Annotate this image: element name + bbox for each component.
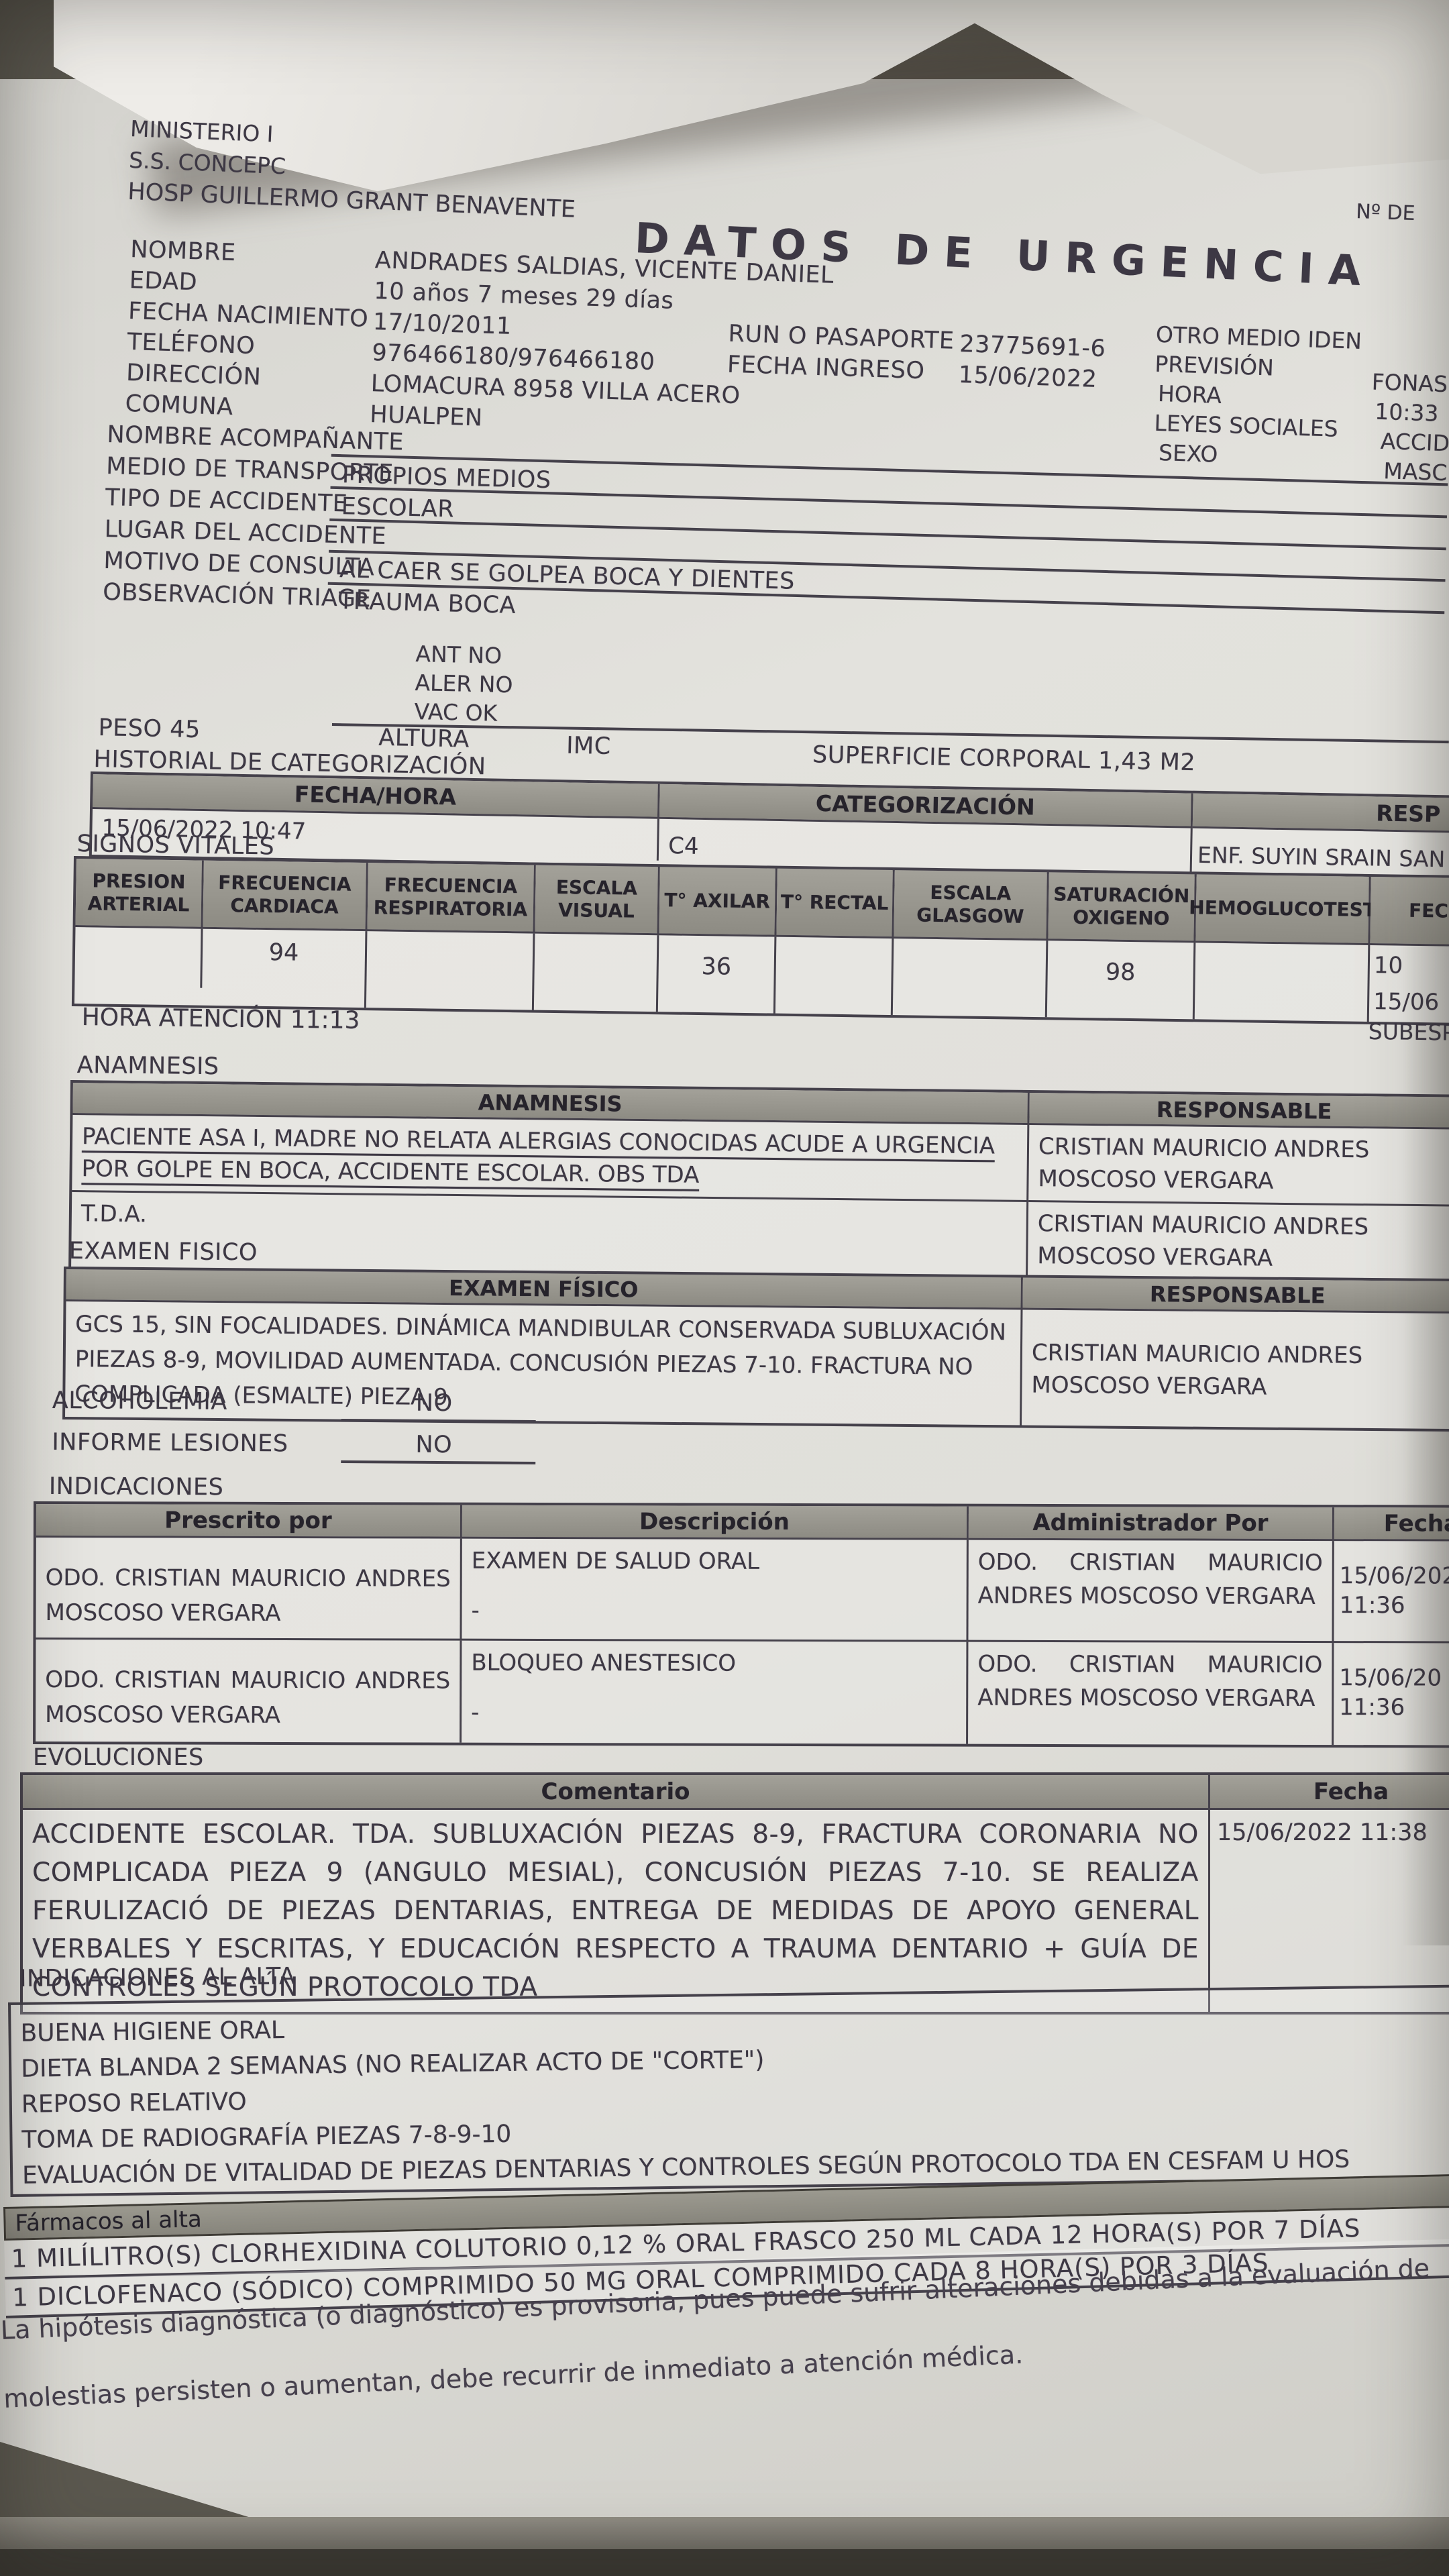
examen-fisico-table: EXAMEN FÍSICO RESPONSABLE GCS 15, SIN FO… bbox=[62, 1267, 1449, 1432]
col-header-comentario: Comentario bbox=[23, 1775, 1210, 1810]
col-header-fecha-hora: FEC HO bbox=[1370, 877, 1449, 947]
anamnesis-responsable: CRISTIAN MAURICIO ANDRES MOSCOSO VERGARA bbox=[1028, 1125, 1449, 1207]
field-value-edad: 10 años 7 meses 29 días bbox=[374, 278, 674, 315]
antecedents-block: ANT NO ALER NO VAC OK bbox=[414, 641, 514, 727]
col-header-presion-arterial: PRESION ARTERIAL bbox=[76, 859, 204, 929]
field-line bbox=[332, 723, 1449, 743]
cell-hemoglucotest bbox=[1195, 943, 1371, 1022]
col-header-frecuencia-cardiaca: FRECUENCIA CARDIACA bbox=[203, 861, 368, 931]
field-label-fecha-nacimiento: FECHA NACIMIENTO bbox=[128, 298, 369, 333]
cell-descripcion-1: EXAMEN DE SALUD ORAL - bbox=[462, 1539, 968, 1642]
col-header-fecha: Fecha bbox=[1210, 1775, 1449, 1810]
col-header-prescrito-por: Prescrito por bbox=[36, 1504, 462, 1539]
cell-administrador-1: ODO. CRISTIAN MAURICIO ANDRES MOSCOSO VE… bbox=[968, 1540, 1334, 1643]
field-value-fecha-nacimiento: 17/10/2011 bbox=[372, 309, 512, 340]
triage-fields-block: NOMBRE ACOMPAÑANTE MEDIO DE TRANSPORTE P… bbox=[102, 421, 1448, 657]
informe-lesiones-line bbox=[341, 1460, 535, 1464]
field-label-hora: HORA bbox=[1157, 380, 1222, 409]
field-label-comuna: COMUNA bbox=[125, 390, 233, 421]
col-header-t-rectal: T° RECTAL bbox=[776, 869, 894, 938]
field-label-prevision: PREVISIÓN bbox=[1155, 351, 1275, 381]
registro-hora: 10 bbox=[1374, 952, 1449, 981]
col-header-fecha: Fecha bbox=[1334, 1507, 1449, 1542]
cell-fecha-1: 15/06/202 11:36 bbox=[1334, 1541, 1449, 1644]
section-title-evoluciones: EVOLUCIONES bbox=[33, 1744, 204, 1771]
col-header-hemoglucotest: HEMOGLUCOTEST bbox=[1195, 874, 1371, 945]
hora-atencion: HORA ATENCIÓN 11:13 bbox=[81, 1004, 360, 1034]
cell-t-rectal bbox=[775, 937, 894, 1015]
field-label-otro-medio: OTRO MEDIO IDEN bbox=[1155, 321, 1362, 354]
col-header-responsable: RESPONSABLE bbox=[1029, 1093, 1449, 1130]
subespecialidad-label: SUBESPE bbox=[1368, 1018, 1449, 1046]
field-value-hora: 10:33 bbox=[1375, 398, 1439, 427]
descripcion-detalle: - bbox=[471, 1696, 957, 1731]
cell-prescrito-1: ODO. CRISTIAN MAURICIO ANDRES MOSCOSO VE… bbox=[36, 1538, 462, 1641]
antecedent-aler: ALER NO bbox=[415, 669, 513, 698]
col-header-responsable: RESP bbox=[1193, 794, 1449, 833]
alcoholemia-value: NO bbox=[416, 1390, 453, 1417]
anamnesis-responsable-2: CRISTIAN MAURICIO ANDRES MOSCOSO VERGARA bbox=[1028, 1202, 1449, 1282]
field-line bbox=[330, 486, 1447, 519]
field-label-leyes-sociales: LEYES SOCIALES bbox=[1154, 410, 1338, 442]
antecedent-ant: ANT NO bbox=[415, 641, 514, 669]
cell-escala-glasgow bbox=[893, 938, 1049, 1017]
field-value-fecha-ingreso: 15/06/2022 bbox=[958, 362, 1097, 393]
field-value-telefono: 976466180/976466180 bbox=[372, 339, 655, 376]
bottom-dark-edge bbox=[0, 2549, 1449, 2576]
peso-value: PESO 45 bbox=[98, 714, 201, 743]
vital-signs-table: PRESION ARTERIAL FRECUENCIA CARDIACA FRE… bbox=[72, 856, 1449, 1026]
cell-fecha-2: 15/06/20 11:36 bbox=[1334, 1643, 1449, 1746]
registro-fecha: 15/06 bbox=[1373, 988, 1449, 1017]
section-title-anamnesis: ANAMNESIS bbox=[77, 1052, 219, 1080]
doc-number-label: Nº DE bbox=[1356, 200, 1415, 225]
imc-label: IMC bbox=[566, 733, 611, 760]
fecha-time: 11:36 bbox=[1339, 1693, 1449, 1723]
anamnesis-text: PACIENTE ASA I, MADRE NO RELATA ALERGIAS… bbox=[72, 1115, 1029, 1202]
field-value-observacion-triage: TRAUMA BOCA bbox=[339, 588, 517, 619]
antecedent-vac: VAC OK bbox=[414, 698, 513, 727]
field-value-leyes-sociales: ACCID bbox=[1380, 428, 1449, 456]
field-value-prevision: FONAS bbox=[1371, 368, 1448, 397]
cell-descripcion-2: BLOQUEO ANESTESICO - bbox=[462, 1641, 968, 1744]
cell-presion-arterial bbox=[74, 927, 203, 988]
indicaciones-table: Prescrito por Descripción Administrador … bbox=[33, 1501, 1449, 1748]
descripcion-text: BLOQUEO ANESTESICO bbox=[471, 1646, 957, 1681]
cell-administrador-2: ODO. CRISTIAN MAURICIO ANDRES MOSCOSO VE… bbox=[968, 1642, 1334, 1745]
cell-frecuencia-cardiaca: 94 bbox=[202, 929, 368, 1008]
cell-escala-visual bbox=[534, 934, 659, 1012]
discharge-indications-box: BUENA HIGIENE ORAL DIETA BLANDA 2 SEMANA… bbox=[8, 1984, 1449, 2197]
field-label-run: RUN O PASAPORTE bbox=[728, 321, 955, 355]
photo-of-medical-document: { "header": { "ministry_line1": "MINISTE… bbox=[0, 0, 1449, 2576]
section-title-indicaciones-alta: INDICACIONES AL ALTA bbox=[19, 1963, 296, 1992]
examen-responsable: CRISTIAN MAURICIO ANDRES MOSCOSO VERGARA bbox=[1022, 1309, 1449, 1429]
letterhead: MINISTERIO I S.S. CONCEPC HOSP GUILLERMO… bbox=[127, 115, 579, 223]
section-title-examen-fisico: EXAMEN FISICO bbox=[69, 1238, 258, 1266]
col-header-t-axilar: T° AXILAR bbox=[659, 867, 777, 936]
fecha-time: 11:36 bbox=[1340, 1591, 1449, 1621]
col-header-frecuencia-respiratoria: FRECUENCIA RESPIRATORIA bbox=[367, 863, 535, 933]
col-header-escala-glasgow: ESCALA GLASGOW bbox=[894, 870, 1049, 941]
col-header-responsable: RESPONSABLE bbox=[1022, 1277, 1449, 1313]
field-label-fecha-ingreso: FECHA INGRESO bbox=[727, 352, 925, 385]
evolucion-fecha: 15/06/2022 11:38 bbox=[1210, 1810, 1449, 2012]
col-header-administrador-por: Administrador Por bbox=[969, 1507, 1334, 1541]
cell-responsable: ENF. SUYIN SRAIN SAN bbox=[1192, 828, 1449, 879]
descripcion-detalle: - bbox=[472, 1594, 957, 1629]
cell-saturacion-oxigeno: 98 bbox=[1047, 941, 1196, 1019]
informe-lesiones-label: INFORME LESIONES bbox=[52, 1429, 288, 1457]
field-label-tipo-accidente: TIPO DE ACCIDENTE bbox=[105, 484, 347, 517]
medical-record-document: MINISTERIO I S.S. CONCEPC HOSP GUILLERMO… bbox=[0, 0, 1449, 2576]
field-value-run: 23775691-6 bbox=[959, 331, 1106, 362]
cell-frecuencia-respiratoria bbox=[366, 931, 535, 1010]
fecha-date: 15/06/202 bbox=[1340, 1561, 1449, 1591]
altura-label: ALTURA bbox=[378, 724, 470, 753]
field-label-telefono: TELÉFONO bbox=[127, 329, 256, 360]
col-header-descripcion: Descripción bbox=[462, 1505, 969, 1540]
section-title-indicaciones: INDICACIONES bbox=[49, 1473, 224, 1501]
col-header-escala-visual: ESCALA VISUAL bbox=[535, 865, 659, 936]
anamnesis-table: ANAMNESIS RESPONSABLE PACIENTE ASA I, MA… bbox=[68, 1080, 1449, 1285]
cell-fecha-hora-registro: 10 15/06 bbox=[1369, 945, 1449, 1024]
informe-lesiones-value: NO bbox=[415, 1432, 452, 1458]
field-label-edad: EDAD bbox=[129, 267, 198, 296]
field-line bbox=[329, 519, 1446, 551]
field-label-nombre: NOMBRE bbox=[130, 236, 237, 266]
fecha-date: 15/06/20 bbox=[1339, 1663, 1449, 1693]
cell-prescrito-2: ODO. CRISTIAN MAURICIO ANDRES MOSCOSO VE… bbox=[36, 1640, 462, 1743]
alcoholemia-label: ALCOHOLEMIA bbox=[52, 1387, 227, 1415]
superficie-corporal-value: SUPERFICIE CORPORAL 1,43 M2 bbox=[812, 741, 1196, 776]
col-header-saturacion-oxigeno: SATURACIÓN OXIGENO bbox=[1048, 872, 1196, 943]
descripcion-text: EXAMEN DE SALUD ORAL bbox=[472, 1544, 957, 1579]
cell-t-axilar: 36 bbox=[658, 935, 777, 1013]
field-value-comuna: HUALPEN bbox=[370, 401, 484, 432]
field-label-direccion: DIRECCIÓN bbox=[126, 360, 262, 391]
